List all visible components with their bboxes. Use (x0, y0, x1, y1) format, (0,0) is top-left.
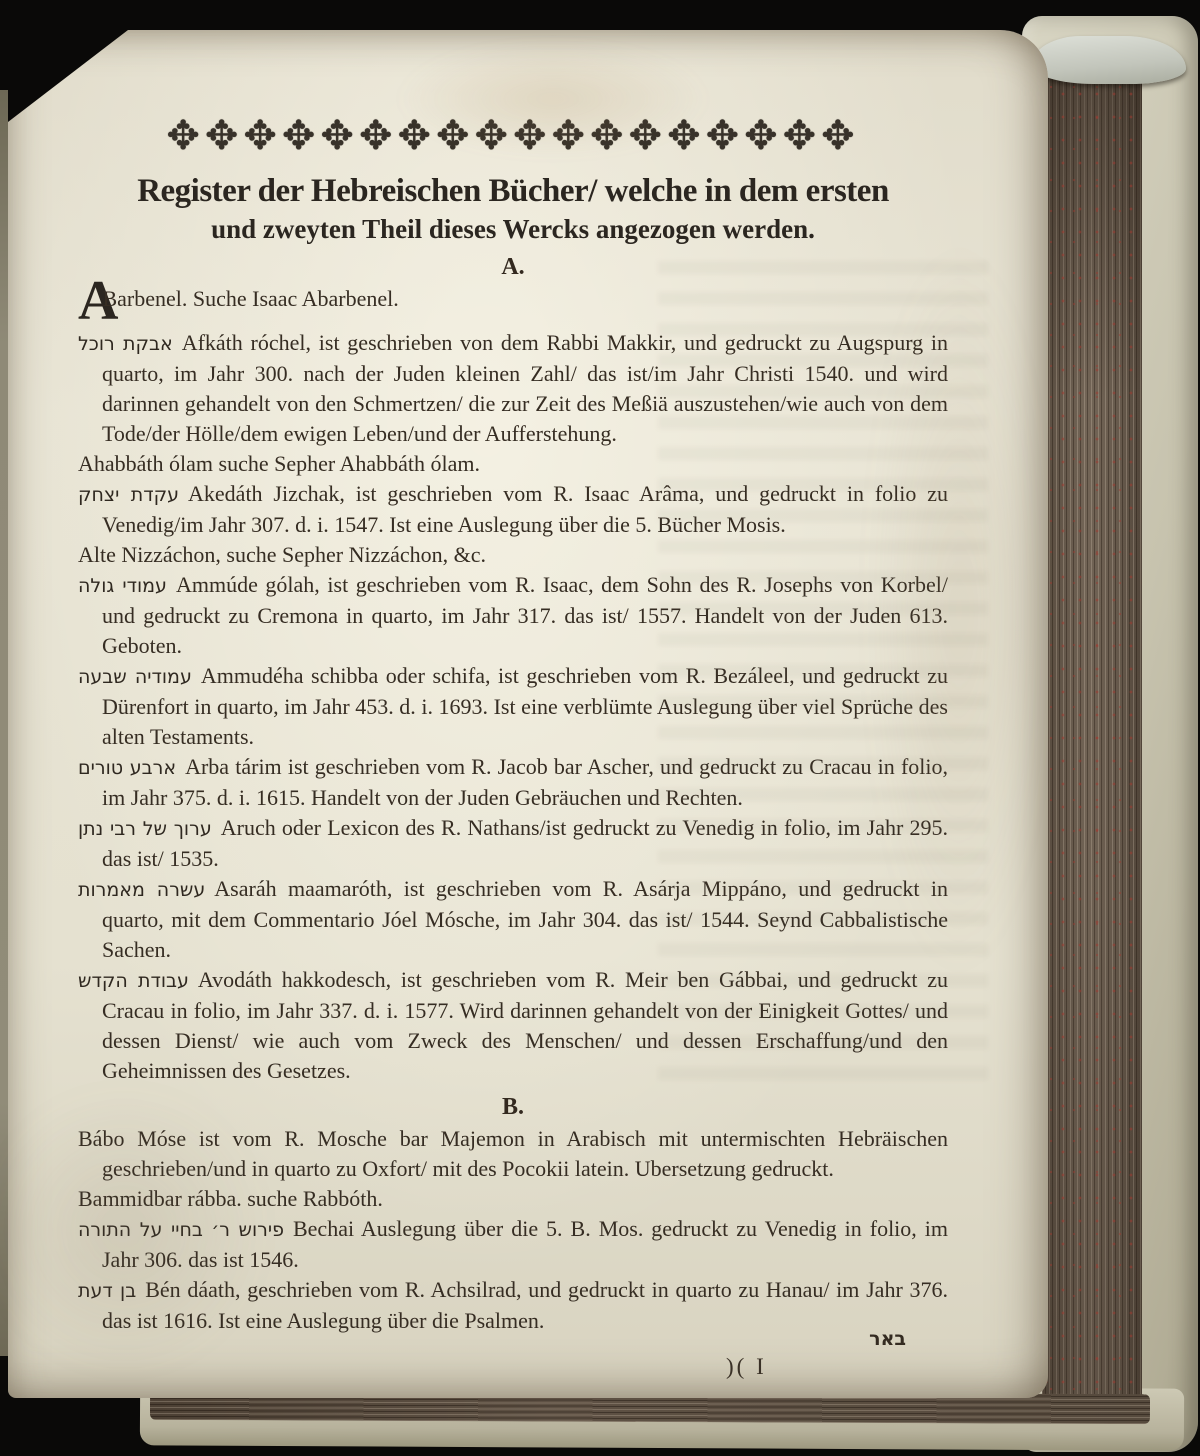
register-entry: בן דעתBén dáath, geschrieben vom R. Achs… (78, 1275, 948, 1336)
book-page: ✥✥✥✥✥✥✥✥✥✥✥✥✥✥✥✥✥✥ Register der Hebreisc… (8, 30, 1048, 1398)
hebrew-headword: עשרה מאמרות (78, 879, 205, 901)
hebrew-headword: עמודיה שבעה (78, 666, 192, 688)
hebrew-headword: בן דעת (78, 1280, 136, 1302)
register-entry: פירוש ר׳ בחיי על התורהBechai Auslegung ü… (78, 1214, 948, 1275)
hebrew-headword: עבודת הקדש (78, 970, 189, 992)
printer-ornament-border: ✥✥✥✥✥✥✥✥✥✥✥✥✥✥✥✥✥✥ (78, 110, 948, 162)
entry-body: Bábo Móse ist vom R. Mosche bar Majemon … (78, 1126, 948, 1181)
gathering-signature-mark: )( I (726, 1354, 767, 1379)
vellum-top-curl (1032, 36, 1186, 84)
entry-body: Ahabbáth ólam suche Sepher Ahabbáth ólam… (78, 451, 480, 476)
footer-row: )( I באר (78, 1354, 948, 1380)
entry-body: Barbenel. Suche Isaac Abarbenel. (102, 286, 398, 311)
catchword-hebrew: באר (869, 1328, 906, 1350)
hebrew-headword: אבקת רוכל (78, 333, 173, 355)
hebrew-headword: ערוך של רבי נתן (78, 818, 212, 840)
book-fore-edge-pages (1042, 42, 1142, 1418)
register-entry: עמודיה שבעהAmmudéha schibba oder schifa,… (78, 661, 948, 752)
section-heading-b: B. (78, 1092, 948, 1122)
register-entry: עקדת יצחקAkedáth Jizchak, ist geschriebe… (78, 479, 948, 540)
entry-body: Arba tárim ist geschrieben vom R. Jacob … (102, 754, 948, 810)
register-entry: Bábo Móse ist vom R. Mosche bar Majemon … (78, 1124, 948, 1184)
register-entry: עמודי גולהAmmúde gólah, ist geschrieben … (78, 570, 948, 661)
register-entry: אבקת רוכלAfkáth róchel, ist geschrieben … (78, 328, 948, 449)
section-heading-a: A. (78, 252, 948, 282)
entry-body: Bén dáath, geschrieben vom R. Achsilrad,… (102, 1277, 948, 1333)
hebrew-headword: פירוש ר׳ בחיי על התורה (78, 1219, 284, 1241)
hebrew-headword: עמודי גולה (78, 575, 167, 597)
entry-body: Avodáth hakkodesch, ist geschrieben vom … (102, 967, 948, 1083)
entry-body: Aruch oder Lexicon des R. Nathans/ist ge… (102, 815, 948, 871)
register-entry: Ahabbáth ólam suche Sepher Ahabbáth ólam… (78, 449, 948, 479)
entry-body: Ammúde gólah, ist geschrieben vom R. Isa… (102, 572, 948, 658)
entry-body: Afkáth róchel, ist geschrieben von dem R… (102, 330, 948, 446)
entry-body: Alte Nizzáchon, suche Sepher Nizzáchon, … (78, 542, 486, 567)
entry-body: Akedáth Jizchak, ist geschrieben vom R. … (102, 481, 948, 537)
register-entry: עשרה מאמרותAsaráh maamaróth, ist geschri… (78, 874, 948, 965)
page-title-line2: und zweyten Theil dieses Wercks angezoge… (78, 212, 948, 246)
hebrew-headword: עקדת יצחק (78, 484, 179, 506)
register-entry: ארבע טוריםArba tárim ist geschrieben vom… (78, 752, 948, 813)
register-entry: עבודת הקדשAvodáth hakkodesch, ist geschr… (78, 965, 948, 1086)
register-entry: ערוך של רבי נתןAruch oder Lexicon des R.… (78, 813, 948, 874)
hebrew-headword: ארבע טורים (78, 757, 176, 779)
entry-body: Asaráh maamaróth, ist geschrieben vom R.… (102, 876, 948, 962)
register-entry: Bammidbar rábba. suche Rabbóth. (78, 1184, 948, 1214)
entry-body: Ammudéha schibba oder schifa, ist geschr… (102, 663, 948, 749)
register-entry: Alte Nizzáchon, suche Sepher Nizzáchon, … (78, 540, 948, 570)
register-entry: ABarbenel. Suche Isaac Abarbenel. (78, 284, 948, 328)
entry-body: Bammidbar rábba. suche Rabbóth. (78, 1186, 383, 1211)
page-title-line1: Register der Hebreischen Bücher/ welche … (78, 170, 948, 212)
